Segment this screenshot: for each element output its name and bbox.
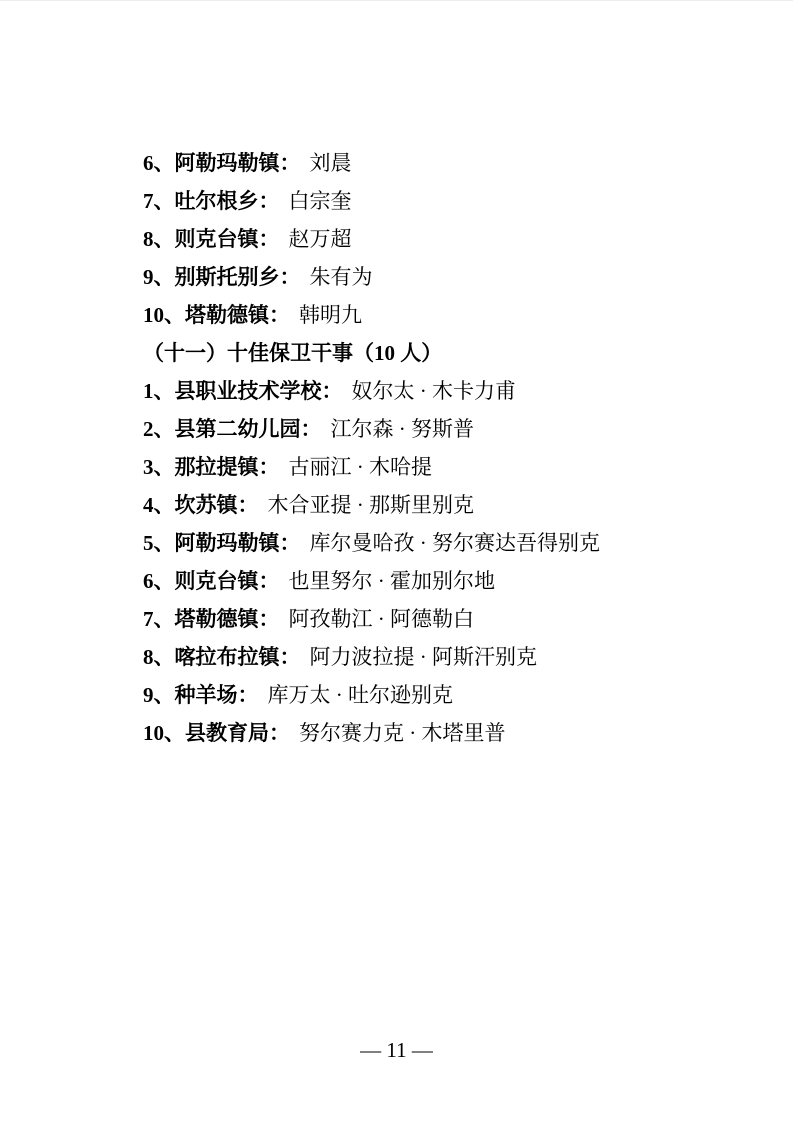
item-number: 7、: [143, 607, 175, 631]
item-label: 塔勒德镇：: [185, 303, 290, 327]
document-page: 6、阿勒玛勒镇：刘晨 7、吐尔根乡：白宗奎 8、则克台镇：赵万超 9、别斯托别乡…: [0, 0, 793, 1122]
item-number: 10、: [143, 721, 185, 745]
item-label: 那拉提镇：: [175, 455, 280, 479]
list-item: 5、阿勒玛勒镇：库尔曼哈孜 · 努尔赛达吾得别克: [143, 524, 753, 562]
item-number: 7、: [143, 189, 175, 213]
list-item: 7、塔勒德镇：阿孜勒江 · 阿德勒白: [143, 600, 753, 638]
item-number: 9、: [143, 683, 175, 707]
item-label: 县职业技术学校：: [175, 379, 343, 403]
item-name: 木合亚提 · 那斯里别克: [268, 493, 475, 517]
item-label: 塔勒德镇：: [175, 607, 280, 631]
list-item: 4、坎苏镇：木合亚提 · 那斯里别克: [143, 486, 753, 524]
item-name: 也里努尔 · 霍加别尔地: [289, 569, 496, 593]
item-number: 3、: [143, 455, 175, 479]
item-name: 古丽江 · 木哈提: [289, 455, 433, 479]
list-item: 10、塔勒德镇：韩明九: [143, 296, 753, 334]
item-number: 2、: [143, 417, 175, 441]
item-name: 阿力波拉提 · 阿斯汗别克: [310, 645, 538, 669]
item-number: 8、: [143, 645, 175, 669]
item-number: 10、: [143, 303, 185, 327]
item-number: 5、: [143, 531, 175, 555]
list-item: 10、县教育局：努尔赛力克 · 木塔里普: [143, 714, 753, 752]
item-name: 江尔森 · 努斯普: [331, 417, 475, 441]
item-name: 库尔曼哈孜 · 努尔赛达吾得别克: [310, 531, 601, 555]
item-name: 阿孜勒江 · 阿德勒白: [289, 607, 475, 631]
item-name: 韩明九: [299, 303, 362, 327]
list-item: 2、县第二幼儿园：江尔森 · 努斯普: [143, 410, 753, 448]
item-number: 1、: [143, 379, 175, 403]
list-item: 1、县职业技术学校：奴尔太 · 木卡力甫: [143, 372, 753, 410]
item-label: 喀拉布拉镇：: [175, 645, 301, 669]
list-item: 9、种羊场：库万太 · 吐尔逊别克: [143, 676, 753, 714]
item-label: 则克台镇：: [175, 569, 280, 593]
item-name: 库万太 · 吐尔逊别克: [268, 683, 454, 707]
list-item: 8、喀拉布拉镇：阿力波拉提 · 阿斯汗别克: [143, 638, 753, 676]
section-heading: （十一）十佳保卫干事（10 人）: [143, 334, 753, 372]
item-name: 刘晨: [310, 151, 352, 175]
item-number: 8、: [143, 227, 175, 251]
list-item: 6、则克台镇：也里努尔 · 霍加别尔地: [143, 562, 753, 600]
list-item: 9、别斯托别乡：朱有为: [143, 258, 753, 296]
list-item: 6、阿勒玛勒镇：刘晨: [143, 144, 753, 182]
item-label: 县教育局：: [185, 721, 290, 745]
list-item: 3、那拉提镇：古丽江 · 木哈提: [143, 448, 753, 486]
item-label: 坎苏镇：: [175, 493, 259, 517]
item-label: 种羊场：: [175, 683, 259, 707]
item-label: 则克台镇：: [175, 227, 280, 251]
item-number: 9、: [143, 265, 175, 289]
item-label: 阿勒玛勒镇：: [175, 531, 301, 555]
item-label: 阿勒玛勒镇：: [175, 151, 301, 175]
list-item: 8、则克台镇：赵万超: [143, 220, 753, 258]
item-name: 朱有为: [310, 265, 373, 289]
item-label: 吐尔根乡：: [175, 189, 280, 213]
item-name: 赵万超: [289, 227, 352, 251]
item-label: 县第二幼儿园：: [175, 417, 322, 441]
document-content: 6、阿勒玛勒镇：刘晨 7、吐尔根乡：白宗奎 8、则克台镇：赵万超 9、别斯托别乡…: [143, 144, 753, 752]
item-name: 努尔赛力克 · 木塔里普: [299, 721, 506, 745]
page-number: — 11 —: [0, 1035, 793, 1065]
item-number: 6、: [143, 151, 175, 175]
item-label: 别斯托别乡：: [175, 265, 301, 289]
item-name: 奴尔太 · 木卡力甫: [352, 379, 517, 403]
list-item: 7、吐尔根乡：白宗奎: [143, 182, 753, 220]
item-number: 6、: [143, 569, 175, 593]
item-name: 白宗奎: [289, 189, 352, 213]
item-number: 4、: [143, 493, 175, 517]
